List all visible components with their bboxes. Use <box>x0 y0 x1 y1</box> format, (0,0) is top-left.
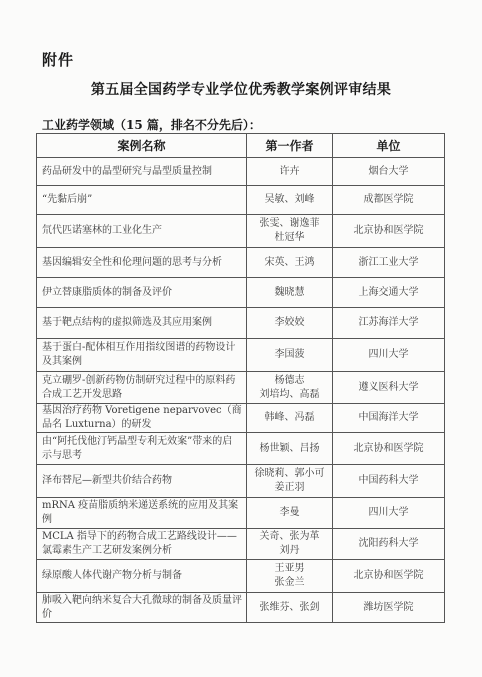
unit-cell: 四川大学 <box>333 339 445 372</box>
table-row: 泽布替尼—新型共价结合药物徐晓莉、郭小可 姜正羽中国药科大学 <box>37 465 445 498</box>
case-name-cell: 氘代匹诺塞林的工业化生产 <box>37 215 247 248</box>
unit-cell: 浙江工业大学 <box>333 248 445 278</box>
first-author-cell: 李曼 <box>247 498 333 529</box>
header-first-author: 第一作者 <box>247 134 333 158</box>
page-title: 第五届全国药学专业学位优秀教学案例评审结果 <box>0 79 482 99</box>
case-name-cell: 绿原酸人体代谢产物分析与制备 <box>37 560 247 593</box>
unit-cell: 中国海洋大学 <box>333 404 445 433</box>
table-header-row: 案例名称 第一作者 单位 <box>37 134 445 158</box>
unit-cell: 沈阳药科大学 <box>333 529 445 560</box>
table-row: 基于靶点结构的虚拟筛选及其应用案例李姣姣江苏海洋大学 <box>37 308 445 339</box>
header-unit: 单位 <box>333 134 445 158</box>
attachment-label: 附件 <box>42 49 74 70</box>
table-row: 药品研发中的晶型研究与晶型质量控制许卉烟台大学 <box>37 158 445 186</box>
first-author-cell: 宋英、王鸿 <box>247 248 333 278</box>
table-row: 伊立替康脂质体的制备及评价魏晓慧上海交通大学 <box>37 278 445 308</box>
case-name-cell: mRNA 疫苗脂质纳米递送系统的应用及其案例 <box>37 498 247 529</box>
unit-cell: 江苏海洋大学 <box>333 308 445 339</box>
case-name-cell: MCLA 指导下的药物合成工艺路线设计——氯霉素生产工艺研发案例分析 <box>37 529 247 560</box>
table-row: 基因编辑安全性和伦理问题的思考与分析宋英、王鸿浙江工业大学 <box>37 248 445 278</box>
first-author-cell: 李国菠 <box>247 339 333 372</box>
table-row: 绿原酸人体代谢产物分析与制备王亚男 张金兰北京协和医学院 <box>37 560 445 593</box>
unit-cell: 遵义医科大学 <box>333 372 445 404</box>
unit-cell: 成都医学院 <box>333 186 445 215</box>
table-row: 基因治疗药物 Voretigene neparvovec（商品名 Luxturn… <box>37 404 445 433</box>
header-case-name: 案例名称 <box>37 134 247 158</box>
unit-cell: 北京协和医学院 <box>333 215 445 248</box>
first-author-cell: 许卉 <box>247 158 333 186</box>
first-author-cell: 张维芬、张剑 <box>247 593 333 623</box>
table-row: 肺吸入靶向纳米复合大孔微球的制备及质量评价张维芬、张剑潍坊医学院 <box>37 593 445 623</box>
case-name-cell: 泽布替尼—新型共价结合药物 <box>37 465 247 498</box>
first-author-cell: 张雯、谢逸菲 杜冠华 <box>247 215 333 248</box>
results-table: 案例名称 第一作者 单位 药品研发中的晶型研究与晶型质量控制许卉烟台大学“先黏后… <box>36 133 445 623</box>
case-name-cell: 由“阿托伐他汀钙晶型专利无效案”带来的启示与思考 <box>37 433 247 465</box>
case-name-cell: 基因治疗药物 Voretigene neparvovec（商品名 Luxturn… <box>37 404 247 433</box>
first-author-cell: 关奇、张为革 刘丹 <box>247 529 333 560</box>
first-author-cell: 李姣姣 <box>247 308 333 339</box>
case-name-cell: 基于靶点结构的虚拟筛选及其应用案例 <box>37 308 247 339</box>
case-name-cell: 克立硼罗-创新药物仿制研究过程中的原料药合成工艺开发思路 <box>37 372 247 404</box>
unit-cell: 四川大学 <box>333 498 445 529</box>
unit-cell: 中国药科大学 <box>333 465 445 498</box>
unit-cell: 上海交通大学 <box>333 278 445 308</box>
first-author-cell: 杨德志 刘培均、高磊 <box>247 372 333 404</box>
table-row: 氘代匹诺塞林的工业化生产张雯、谢逸菲 杜冠华北京协和医学院 <box>37 215 445 248</box>
table-row: MCLA 指导下的药物合成工艺路线设计——氯霉素生产工艺研发案例分析关奇、张为革… <box>37 529 445 560</box>
first-author-cell: 吴敏、刘峰 <box>247 186 333 215</box>
table-row: 基于蛋白-配体相互作用指纹图谱的药物设计及其案例李国菠四川大学 <box>37 339 445 372</box>
table-row: mRNA 疫苗脂质纳米递送系统的应用及其案例李曼四川大学 <box>37 498 445 529</box>
first-author-cell: 魏晓慧 <box>247 278 333 308</box>
unit-cell: 烟台大学 <box>333 158 445 186</box>
case-name-cell: “先黏后崩” <box>37 186 247 215</box>
first-author-cell: 韩峰、冯磊 <box>247 404 333 433</box>
table-row: 克立硼罗-创新药物仿制研究过程中的原料药合成工艺开发思路杨德志 刘培均、高磊遵义… <box>37 372 445 404</box>
first-author-cell: 王亚男 张金兰 <box>247 560 333 593</box>
table-row: “先黏后崩”吴敏、刘峰成都医学院 <box>37 186 445 215</box>
unit-cell: 北京协和医学院 <box>333 433 445 465</box>
table-row: 由“阿托伐他汀钙晶型专利无效案”带来的启示与思考杨世颖、吕扬北京协和医学院 <box>37 433 445 465</box>
first-author-cell: 徐晓莉、郭小可 姜正羽 <box>247 465 333 498</box>
first-author-cell: 杨世颖、吕扬 <box>247 433 333 465</box>
case-name-cell: 伊立替康脂质体的制备及评价 <box>37 278 247 308</box>
case-name-cell: 肺吸入靶向纳米复合大孔微球的制备及质量评价 <box>37 593 247 623</box>
case-name-cell: 基因编辑安全性和伦理问题的思考与分析 <box>37 248 247 278</box>
unit-cell: 潍坊医学院 <box>333 593 445 623</box>
case-name-cell: 药品研发中的晶型研究与晶型质量控制 <box>37 158 247 186</box>
case-name-cell: 基于蛋白-配体相互作用指纹图谱的药物设计及其案例 <box>37 339 247 372</box>
unit-cell: 北京协和医学院 <box>333 560 445 593</box>
section-heading: 工业药学领域（15 篇，排名不分先后）： <box>42 116 261 133</box>
